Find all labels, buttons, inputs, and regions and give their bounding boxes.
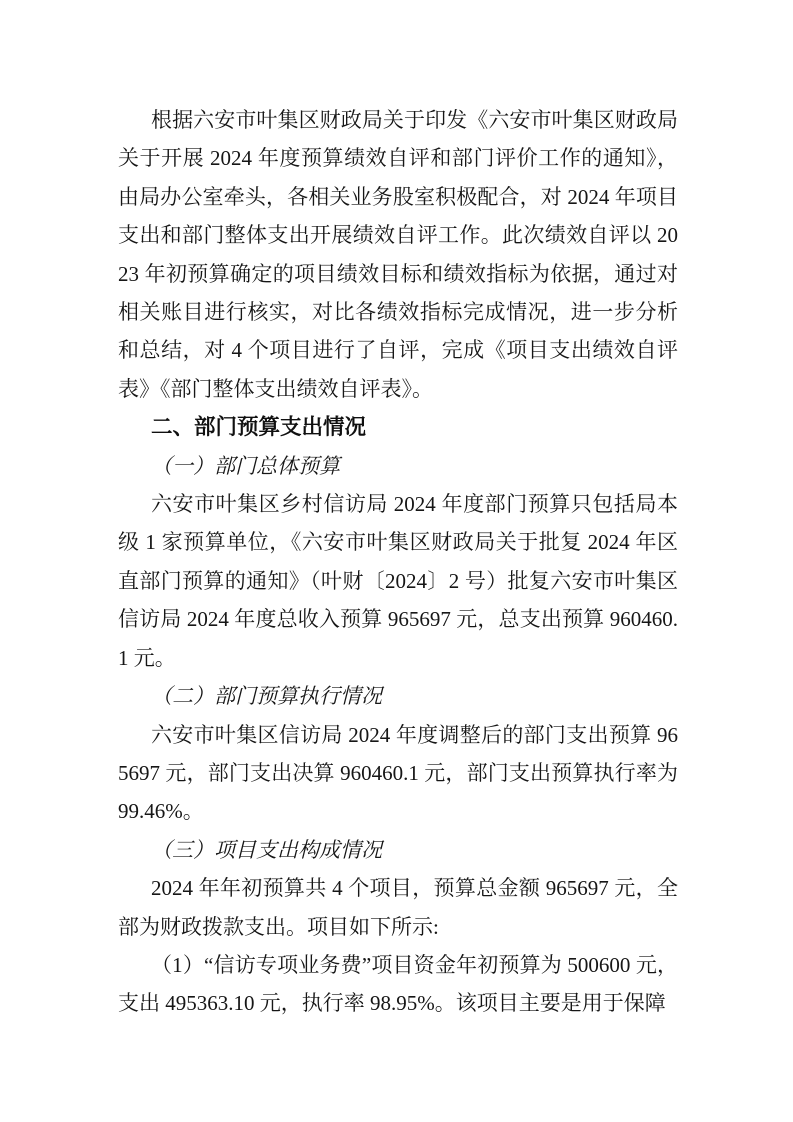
paragraph-self-evaluation-intro: 根据六安市叶集区财政局关于印发《六安市叶集区财政局关于开展 2024 年度预算绩… xyxy=(118,101,678,408)
heading-sub-3-project-expenditure-composition: （三）项目支出构成情况 xyxy=(118,831,678,869)
paragraph-budget-execution-detail: 六安市叶集区信访局 2024 年度调整后的部门支出预算 965697 元，部门支… xyxy=(118,716,678,831)
paragraph-overall-budget-detail: 六安市叶集区乡村信访局 2024 年度部门预算只包括局本级 1 家预算单位，《六… xyxy=(118,485,678,677)
heading-sub-2-budget-execution: （二）部门预算执行情况 xyxy=(118,677,678,715)
document-page: 根据六安市叶集区财政局关于印发《六安市叶集区财政局关于开展 2024 年度预算绩… xyxy=(0,0,793,1122)
heading-section-2-department-budget-expenditure: 二、部门预算支出情况 xyxy=(118,408,678,446)
paragraph-project-1-xinfang-special-fund: （1）“信访专项业务费”项目资金年初预算为 500600 元，支出 495363… xyxy=(118,946,678,1023)
heading-sub-1-overall-budget: （一）部门总体预算 xyxy=(118,447,678,485)
paragraph-project-composition-summary: 2024 年年初预算共 4 个项目，预算总金额 965697 元，全部为财政拨款… xyxy=(118,869,678,946)
document-content: 根据六安市叶集区财政局关于印发《六安市叶集区财政局关于开展 2024 年度预算绩… xyxy=(118,101,678,1023)
